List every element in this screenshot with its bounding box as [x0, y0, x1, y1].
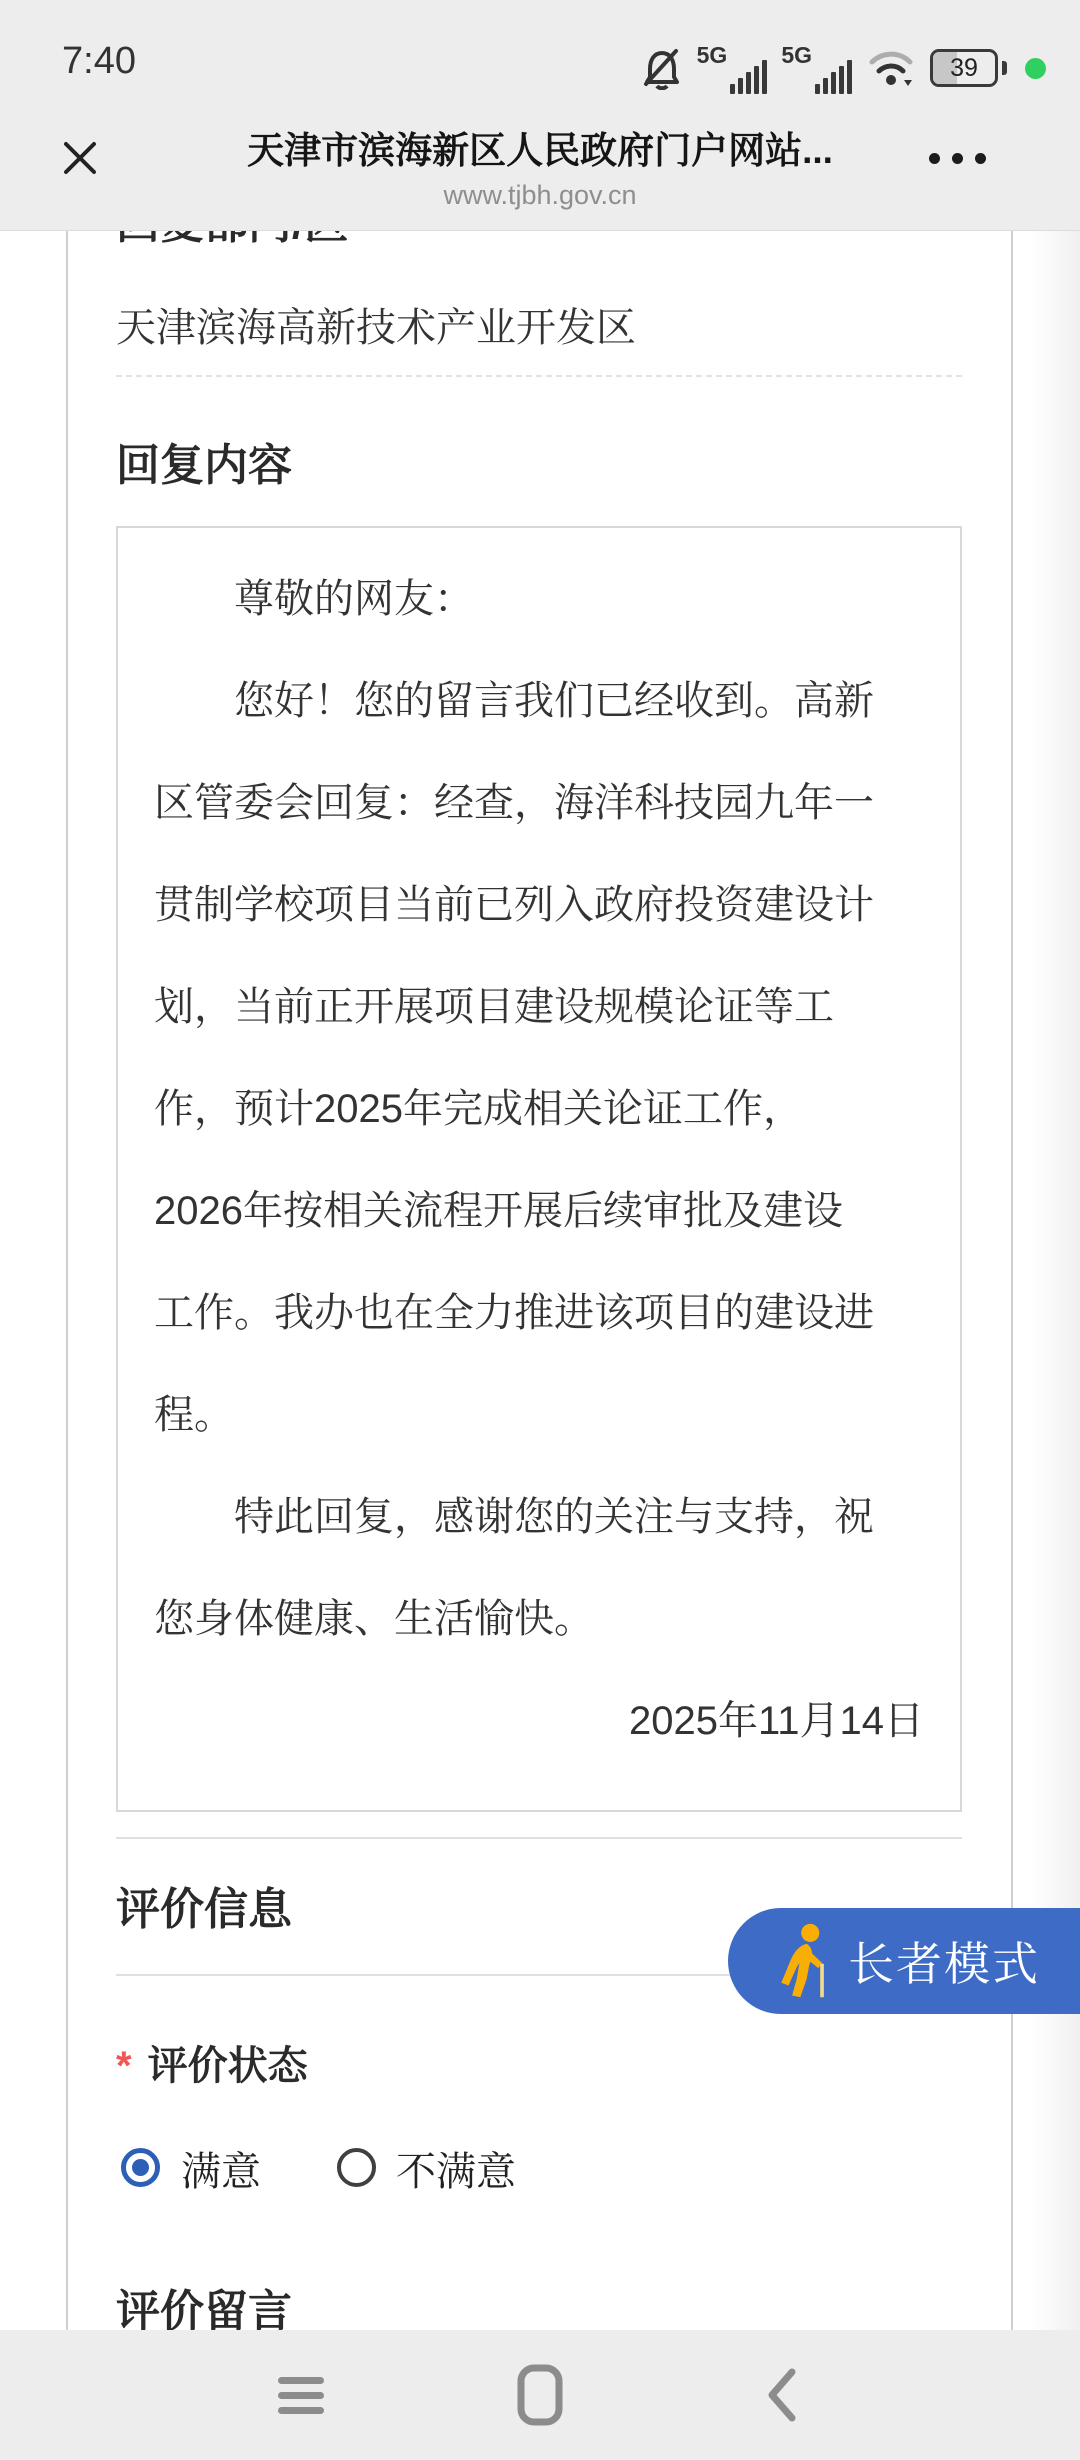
battery-nub [1002, 61, 1007, 75]
status-time: 7:40 [62, 40, 136, 83]
reply-content-label: 回复内容 [116, 444, 292, 488]
radio-selected-dot [132, 2159, 149, 2176]
evaluation-message-label: 评价留言 [116, 2290, 292, 2334]
top-chrome: 7:40 5G 5G [0, 0, 1080, 231]
battery-level: 39 [933, 52, 995, 84]
sim2-signal: 5G [781, 42, 852, 94]
screen: 回复部门/区 天津滨海高新技术产业开发区 回复内容 尊敬的网友： 您好！您的留言… [0, 0, 1080, 2460]
required-asterisk: * [116, 2044, 132, 2088]
reply-department-value: 天津滨海高新技术产业开发区 [116, 306, 636, 350]
menu-icon [278, 2377, 324, 2414]
nav-menu-button[interactable] [256, 2330, 346, 2460]
radio-satisfied-label[interactable]: 满意 [181, 2152, 261, 2192]
close-icon[interactable] [58, 136, 102, 180]
wifi-icon [866, 46, 916, 90]
signal-bars-icon [730, 42, 767, 94]
elder-mode-button[interactable]: 长者模式 [728, 1908, 1080, 2014]
reply-letter-line: 划，当前正开展项目建设规模论证等工 [154, 956, 924, 1058]
radio-unsatisfied[interactable] [337, 2148, 376, 2187]
radio-satisfied[interactable] [121, 2148, 160, 2187]
screen-edge-shadow [1030, 230, 1080, 2330]
radio-unsatisfied-label[interactable]: 不满意 [396, 2152, 516, 2192]
sim2-network-label: 5G [781, 44, 812, 67]
page-title: 天津市滨海新区人民政府门户网站... [120, 120, 960, 174]
status-icons: 5G 5G 39 [641, 38, 1046, 98]
reply-letter: 尊敬的网友： 您好！您的留言我们已经收到。高新 区管委会回复：经查，海洋科技园九… [116, 526, 962, 1812]
evaluation-section-title: 评价信息 [116, 1888, 292, 1932]
content-card-border-left [66, 230, 68, 2330]
reply-letter-line: 特此回复，感谢您的关注与支持，祝 [154, 1466, 924, 1568]
sim1-signal: 5G [697, 42, 768, 94]
evaluation-status-label: *评价状态 [116, 2046, 308, 2086]
android-nav-bar [0, 2330, 1080, 2460]
reply-letter-date: 2025年11月14日 [154, 1670, 924, 1772]
home-icon [513, 2360, 567, 2430]
battery-icon: 39 [930, 49, 998, 87]
reply-letter-line: 您身体健康、生活愉快。 [154, 1568, 924, 1670]
bell-muted-icon [641, 46, 683, 90]
signal-bars-icon [815, 42, 852, 94]
sim1-network-label: 5G [697, 44, 728, 67]
reply-letter-line: 工作。我办也在全力推进该项目的建设进 [154, 1262, 924, 1364]
dashed-divider [116, 375, 962, 377]
back-chevron-icon [762, 2364, 802, 2426]
reply-letter-line: 作，预计2025年完成相关论证工作， [154, 1058, 924, 1160]
section-divider [116, 1837, 962, 1839]
content-card-border-right [1011, 230, 1013, 2330]
nav-back-button[interactable] [737, 2330, 827, 2460]
elder-person-cane-icon [774, 1921, 832, 2001]
reply-letter-line: 2026年按相关流程开展后续审批及建设 [154, 1160, 924, 1262]
elder-mode-label: 长者模式 [848, 1928, 1040, 1994]
status-indicator-dot [1025, 58, 1046, 79]
page-url: www.tjbh.gov.cn [0, 180, 1080, 211]
reply-letter-line: 区管委会回复：经查，海洋科技园九年一 [154, 752, 924, 854]
reply-letter-line: 尊敬的网友： [154, 548, 924, 650]
reply-letter-line: 程。 [154, 1364, 924, 1466]
more-menu-icon[interactable] [929, 146, 986, 170]
reply-letter-line: 您好！您的留言我们已经收到。高新 [154, 650, 924, 752]
reply-letter-line: 贯制学校项目当前已列入政府投资建设计 [154, 854, 924, 956]
nav-home-button[interactable] [495, 2330, 585, 2460]
